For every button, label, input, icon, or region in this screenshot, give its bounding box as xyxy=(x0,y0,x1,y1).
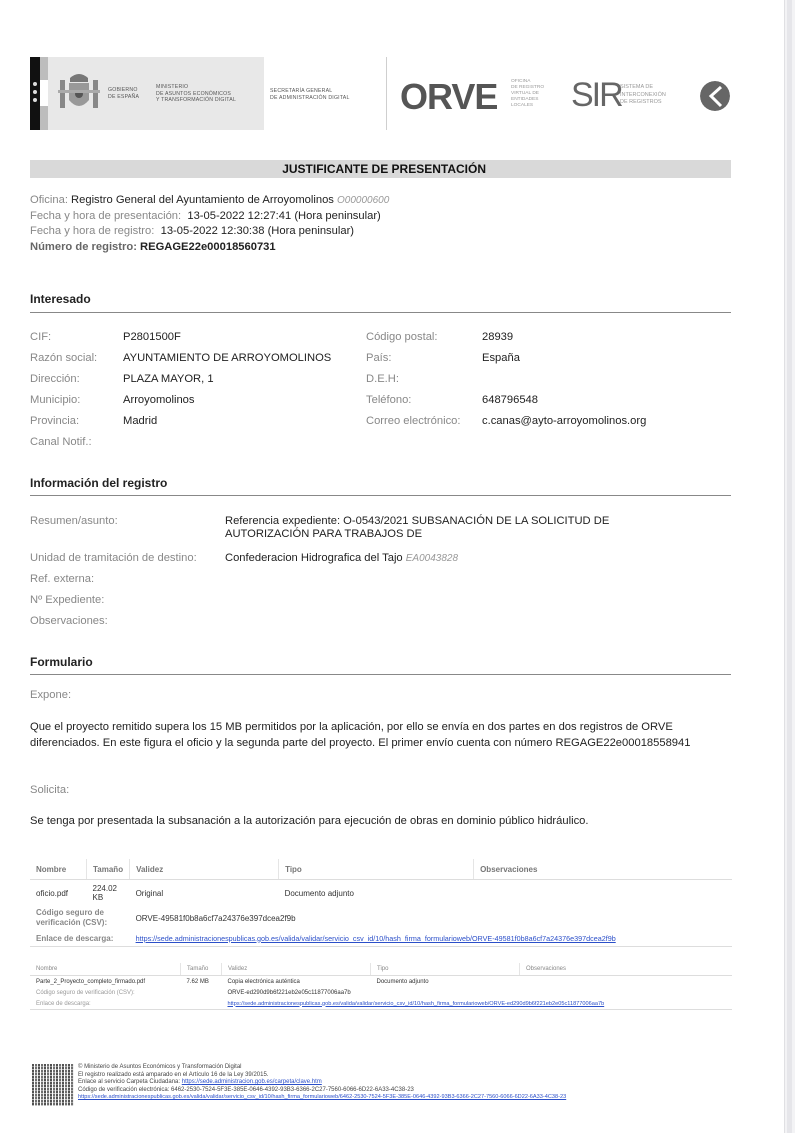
document-title-bar: JUSTIFICANTE DE PRESENTACIÓN xyxy=(30,160,731,178)
footer-text: © Ministerio de Asuntos Económicos y Tra… xyxy=(78,1064,566,1102)
table-row: Parte_2_Proyecto_completo_firmado.pdf 7.… xyxy=(30,976,732,988)
attachment-type: Documento adjunto xyxy=(371,976,520,988)
carpeta-ciudadana-link[interactable]: https://sede.administracion.gob.es/carpe… xyxy=(182,1079,322,1085)
attachment-validity: Original xyxy=(130,880,279,907)
attachment-table-2: Nombre Tamaño Validez Tipo Observaciones… xyxy=(30,963,732,1010)
section-divider xyxy=(30,495,731,496)
government-logo-block: GOBIERNO DE ESPAÑA MINISTERIO DE ASUNTOS… xyxy=(30,57,387,130)
attachment-notes xyxy=(520,976,733,988)
download-link[interactable]: https://sede.administracionespublicas.go… xyxy=(228,1001,605,1007)
attachment-size: 7.62 MB xyxy=(181,976,222,988)
numero-registro-line: Número de registro: REGAGE22e00018560731 xyxy=(30,240,389,256)
expone-label: Expone: xyxy=(30,689,71,701)
solicita-text: Se tenga por presentada la subsanación a… xyxy=(30,814,730,830)
header-logos: GOBIERNO DE ESPAÑA MINISTERIO DE ASUNTOS… xyxy=(30,57,735,131)
section-title-registro: Información del registro xyxy=(30,476,167,490)
attachment-type: Documento adjunto xyxy=(279,880,474,907)
gov-name: GOBIERNO DE ESPAÑA xyxy=(108,87,139,100)
registro-logo-icon xyxy=(700,81,730,111)
attachment-size: 224.02 KB xyxy=(87,880,130,907)
orve-subtitle: OFICINA DE REGISTRO VIRTUAL DE ENTIDADES… xyxy=(511,79,544,109)
orve-logo: ORVE xyxy=(400,79,497,115)
attachment-notes xyxy=(474,880,732,907)
table-header-row: Nombre Tamaño Validez Tipo Observaciones xyxy=(30,859,732,880)
sir-logo: SIR xyxy=(571,77,622,113)
section-divider xyxy=(30,312,731,313)
section-divider xyxy=(30,674,731,675)
qr-code-icon xyxy=(32,1064,74,1106)
download-link[interactable]: https://sede.administracionespublicas.go… xyxy=(136,934,616,943)
section-title-interesado: Interesado xyxy=(30,292,91,306)
flag-stripe-icon xyxy=(30,57,40,130)
download-row: Enlace de descarga: https://sede.adminis… xyxy=(30,930,732,947)
verification-link[interactable]: https://sede.administracionespublicas.go… xyxy=(78,1094,566,1100)
download-row: Enlace de descarga: https://sede.adminis… xyxy=(30,998,732,1010)
csv-value: ORVE-ed290d9b6f221eb2e05c11877006aa7b xyxy=(222,987,733,998)
registration-meta: Oficina: Registro General del Ayuntamien… xyxy=(30,193,389,255)
attachment-name: Parte_2_Proyecto_completo_firmado.pdf xyxy=(30,976,181,988)
fecha-registro-line: Fecha y hora de registro: 13-05-2022 12:… xyxy=(30,224,389,240)
vertical-scrollbar[interactable] xyxy=(784,0,795,1133)
csv-row: Código seguro deverificación (CSV): ORVE… xyxy=(30,906,732,930)
ministry-name: MINISTERIO DE ASUNTOS ECONÓMICOS Y TRANS… xyxy=(156,84,236,104)
secretaria-name: SECRETARÍA GENERAL DE ADMINISTRACIÓN DIG… xyxy=(270,88,350,101)
attachment-table-1: Nombre Tamaño Validez Tipo Observaciones… xyxy=(30,859,732,947)
section-title-formulario: Formulario xyxy=(30,655,93,669)
expone-text: Que el proyecto remitido supera los 15 M… xyxy=(30,720,730,751)
csv-value: ORVE-49581f0b8a6cf7a24376e397dcea2f9b xyxy=(130,906,732,930)
table-header-row: Nombre Tamaño Validez Tipo Observaciones xyxy=(30,963,732,976)
sir-subtitle: SISTEMA DE INTERCONEXIÓN DE REGISTROS xyxy=(620,84,666,107)
csv-row: Código seguro de verificación (CSV): ORV… xyxy=(30,987,732,998)
oficina-line: Oficina: Registro General del Ayuntamien… xyxy=(30,193,389,209)
table-row: oficio.pdf 224.02 KB Original Documento … xyxy=(30,880,732,907)
solicita-label: Solicita: xyxy=(30,784,69,796)
attachment-name: oficio.pdf xyxy=(30,880,87,907)
coat-of-arms-icon xyxy=(58,70,100,116)
attachment-validity: Copia electrónica auténtica xyxy=(222,976,371,988)
fecha-presentacion-line: Fecha y hora de presentación: 13-05-2022… xyxy=(30,209,389,225)
document-title: JUSTIFICANTE DE PRESENTACIÓN xyxy=(30,162,731,176)
document-page: GOBIERNO DE ESPAÑA MINISTERIO DE ASUNTOS… xyxy=(0,0,785,1133)
